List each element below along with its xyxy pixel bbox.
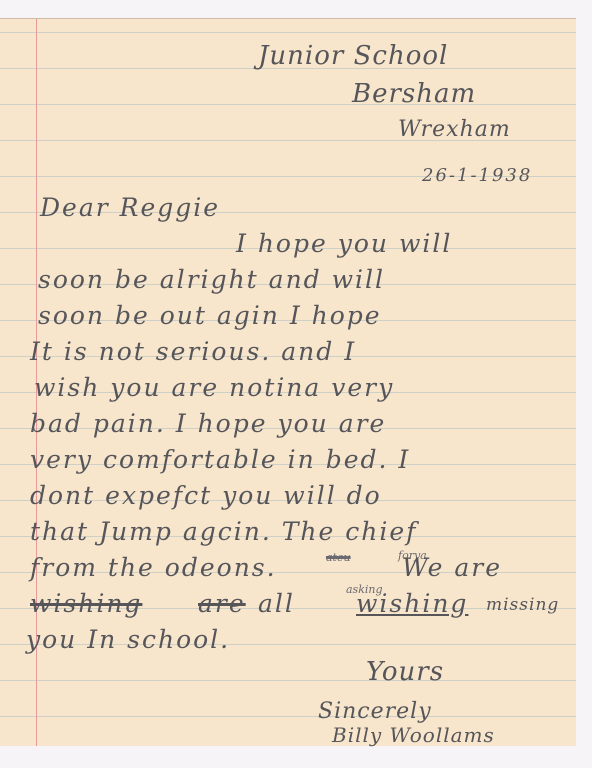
body-line-9: that Jump agcin. The chief — [30, 517, 417, 546]
inserted-word-missing: missing — [486, 595, 559, 615]
body-line-8: dont expefct you will do — [30, 481, 382, 510]
body-line-2: soon be alright and will — [38, 265, 385, 294]
body-line-12: you In school. — [26, 625, 230, 654]
closing-sincerely: Sincerely — [318, 699, 432, 724]
body-line-3: soon be out agin I hope — [38, 301, 382, 330]
letter-date: 26-1-1938 — [422, 165, 532, 186]
body-line-10: from the odeons. — [30, 553, 277, 582]
body-line-1: I hope you will — [236, 229, 452, 258]
struck-word-wishing: wishing — [30, 589, 142, 618]
body-line-11-all: all — [258, 589, 295, 618]
lined-paper-sheet: Junior School Bersham Wrexham 26-1-1938 … — [0, 18, 576, 746]
body-line-7: very comfortable in bed. I — [30, 445, 410, 474]
closing-yours: Yours — [366, 657, 444, 687]
body-line-6: bad pain. I hope you are — [30, 409, 386, 438]
struck-word-are: are — [198, 589, 246, 618]
address-line-village: Bersham — [352, 79, 476, 109]
address-line-town: Wrexham — [398, 117, 511, 142]
body-line-10-continued: We are — [402, 553, 502, 582]
signature: Billy Woollams — [332, 723, 495, 747]
address-line-school: Junior School — [258, 41, 448, 71]
salutation: Dear Reggie — [40, 193, 220, 222]
body-line-4: It is not serious. and I — [30, 337, 356, 366]
body-line-5: wish you are notina very — [34, 373, 394, 402]
underlined-word-wishing: wishing — [356, 589, 468, 618]
struck-annotation: ateu — [326, 551, 351, 564]
